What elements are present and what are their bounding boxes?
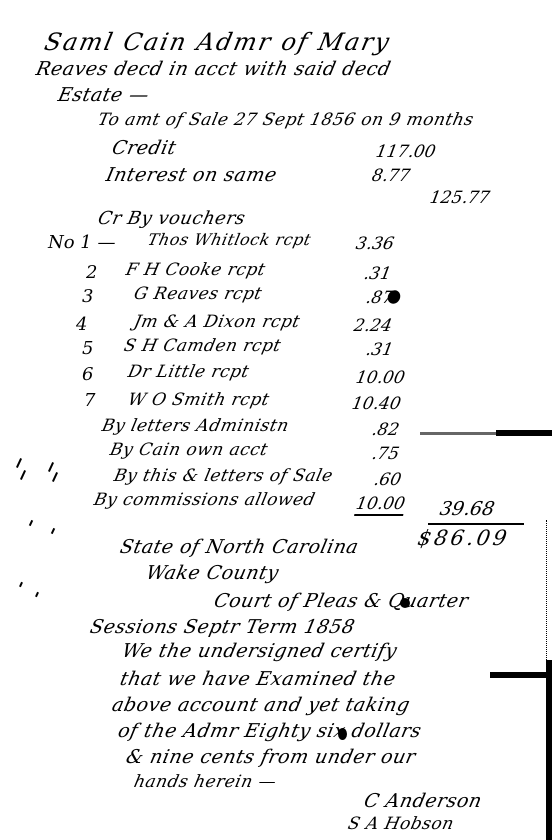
voucher-no: 2 xyxy=(86,262,97,283)
voucher-payee: W O Smith rcpt xyxy=(126,390,271,410)
charges-credit-amount: 117.00 xyxy=(374,142,437,162)
voucher-payee: Jm & A Dixon rcpt xyxy=(132,312,302,332)
charges-credit-label: Credit xyxy=(110,137,178,159)
ink-blot xyxy=(338,728,347,740)
voucher-payee: By this & letters of Sale xyxy=(112,466,335,486)
voucher-amount: .31 xyxy=(362,264,393,284)
signature-1: C Anderson xyxy=(362,790,484,812)
charges-sale-line: To amt of Sale 27 Sept 1856 on 9 months xyxy=(96,110,476,130)
voucher-no: 7 xyxy=(84,390,95,411)
balance-amount: $86.09 xyxy=(416,526,512,550)
vouchers-header: Cr By vouchers xyxy=(96,208,247,229)
heading-line-3: Estate — xyxy=(56,84,151,106)
total-credits: 39.68 xyxy=(438,498,496,520)
voucher-amount: .60 xyxy=(372,470,403,490)
voucher-amount: 10.40 xyxy=(350,394,402,414)
voucher-amount: 2.24 xyxy=(352,316,393,336)
cert-body-line-5: & nine cents from under our xyxy=(124,746,418,768)
signature-2: S A Hobson xyxy=(346,814,456,834)
voucher-amount: 3.36 xyxy=(354,234,395,254)
heading-line-2: Reaves decd in acct with said decd xyxy=(34,58,393,80)
voucher-payee: Dr Little rcpt xyxy=(126,362,251,382)
voucher-amount: 10.00 xyxy=(354,368,406,388)
voucher-amount: .31 xyxy=(364,340,395,360)
cert-body-line-2: that we have Examined the xyxy=(118,668,398,690)
voucher-no: 3 xyxy=(82,286,93,307)
voucher-payee: By commissions allowed xyxy=(92,490,317,510)
scan-smudge xyxy=(490,672,552,678)
scan-smudge xyxy=(496,430,552,436)
margin-mark xyxy=(19,582,23,587)
voucher-payee: By letters Administn xyxy=(100,416,291,436)
cert-body-line-3: above account and yet taking xyxy=(110,694,412,716)
charges-interest-label: Interest on same xyxy=(104,164,279,186)
voucher-no: 6 xyxy=(82,364,93,385)
cert-body-line-1: We the undersigned certify xyxy=(120,640,399,662)
margin-mark xyxy=(48,462,54,472)
total-rule xyxy=(428,523,524,525)
voucher-payee: By Cain own acct xyxy=(108,440,270,460)
voucher-payee: F H Cooke rcpt xyxy=(124,260,267,280)
margin-mark xyxy=(51,528,55,534)
charges-subtotal: 125.77 xyxy=(428,188,491,208)
voucher-no: No 1 — xyxy=(48,232,115,253)
heading-line-1: Saml Cain Admr of Mary xyxy=(42,28,394,56)
cert-court-line: Court of Pleas & Quarter xyxy=(212,590,471,612)
margin-mark xyxy=(52,472,58,482)
document-page: Saml Cain Admr of Mary Reaves decd in ac… xyxy=(0,0,552,840)
margin-mark xyxy=(29,520,33,526)
scan-edge-dots xyxy=(546,520,547,660)
cert-state-line: State of North Carolina xyxy=(118,536,361,558)
voucher-payee: Thos Whitlock rcpt xyxy=(146,230,313,249)
margin-mark xyxy=(20,470,26,480)
cert-session-line: Sessions Septr Term 1858 xyxy=(88,616,357,638)
cert-body-line-6: hands herein — xyxy=(132,772,278,792)
cert-county-line: Wake County xyxy=(144,562,281,584)
voucher-amount: .75 xyxy=(370,444,401,464)
voucher-no: 5 xyxy=(82,338,93,359)
voucher-amount: 10.00 xyxy=(354,494,407,516)
voucher-payee: G Reaves rcpt xyxy=(132,284,264,304)
voucher-payee: S H Camden rcpt xyxy=(122,336,283,356)
margin-mark xyxy=(16,458,22,468)
ink-blot xyxy=(400,598,410,608)
charges-interest-amount: 8.77 xyxy=(370,166,411,186)
cert-body-line-4: of the Admr Eighty six dollars xyxy=(116,720,424,742)
voucher-no: 4 xyxy=(76,314,87,335)
scan-edge-shadow xyxy=(546,660,552,840)
voucher-amount: .82 xyxy=(370,420,401,440)
margin-mark xyxy=(35,592,39,597)
